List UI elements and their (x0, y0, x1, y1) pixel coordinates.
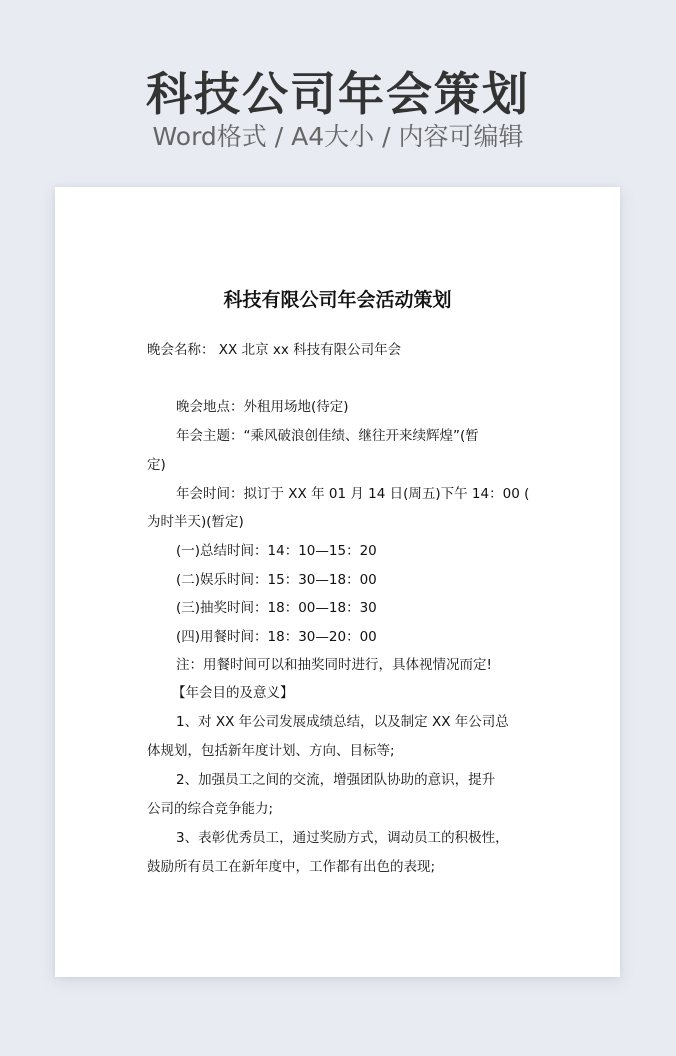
schedule-entertainment-line: (二)娱乐时间：15：30—18：00 (176, 570, 377, 590)
banner-subtitle: Word格式 / A4大小 / 内容可编辑 (0, 120, 676, 154)
event-theme-line: 年会主题：“乘风破浪创佳绩、继往开来续辉煌”(暂 (176, 426, 479, 446)
schedule-dinner-line: (四)用餐时间：18：30—20：00 (176, 627, 377, 647)
event-name-line: 晚会名称： XX 北京 xx 科技有限公司年会 (147, 340, 401, 360)
event-time-line: 年会时间：拟订于 XX 年 01 月 14 日(周五)下午 14：00 ( (176, 484, 529, 504)
purpose-item-2: 2、加强员工之间的交流，增强团队协助的意识，提升 (176, 770, 495, 790)
event-time-line-cont: 为时半天)(暂定) (147, 512, 244, 532)
event-venue-line: 晚会地点：外租用场地(待定) (176, 397, 349, 417)
purpose-item-3: 3、表彰优秀员工，通过奖励方式，调动员工的积极性， (176, 828, 509, 848)
purpose-item-1: 1、对 XX 年公司发展成绩总结，以及制定 XX 年公司总 (176, 712, 509, 732)
schedule-lottery-line: (三)抽奖时间：18：00—18：30 (176, 598, 377, 618)
banner-title: 科技公司年会策划 (0, 66, 676, 122)
purpose-item-3-cont: 鼓励所有员工在新年度中，工作都有出色的表现; (147, 857, 435, 877)
purpose-item-2-cont: 公司的综合竞争能力; (147, 799, 273, 819)
document-page: 科技有限公司年会活动策划 晚会名称： XX 北京 xx 科技有限公司年会 晚会地… (55, 187, 620, 977)
note-line: 注：用餐时间可以和抽奖同时进行，具体视情况而定! (176, 655, 492, 675)
document-title: 科技有限公司年会活动策划 (55, 287, 620, 313)
purpose-item-1-cont: 体规划，包括新年度计划、方向、目标等; (147, 741, 395, 761)
schedule-summary-line: (一)总结时间：14：10—15：20 (176, 541, 377, 561)
event-theme-line-cont: 定) (147, 455, 166, 475)
section-heading-purpose: 【年会目的及意义】 (172, 683, 294, 703)
